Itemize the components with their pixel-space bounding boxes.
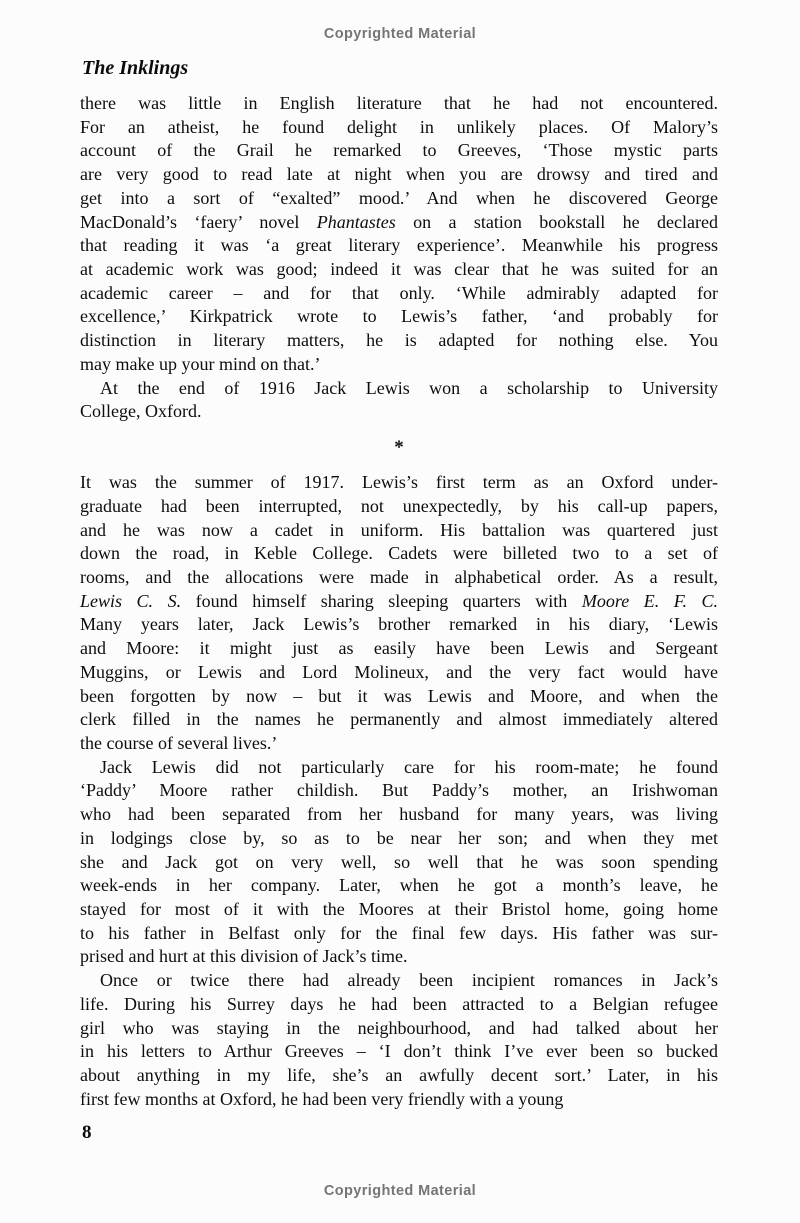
- text-line: Many years later, Jack Lewis’s brother r…: [80, 613, 718, 637]
- body-text: there was little in English literature t…: [80, 92, 718, 1111]
- regular-text: At the end of 1916 Jack Lewis won a scho…: [100, 378, 718, 398]
- regular-text: the course of several lives.’: [80, 733, 277, 753]
- regular-text: ‘Paddy’ Moore rather childish. But Paddy…: [80, 780, 718, 800]
- text-line: may make up your mind on that.’: [80, 353, 718, 377]
- regular-text: there was little in English literature t…: [80, 93, 718, 113]
- text-line: Muggins, or Lewis and Lord Molineux, and…: [80, 661, 718, 685]
- copyright-banner-top: Copyrighted Material: [0, 26, 800, 42]
- paragraph: Jack Lewis did not particularly care for…: [80, 756, 718, 969]
- text-line: Jack Lewis did not particularly care for…: [80, 756, 718, 780]
- regular-text: academic career – and for that only. ‘Wh…: [80, 283, 718, 303]
- regular-text: about anything in my life, she’s an awfu…: [80, 1065, 718, 1085]
- text-line: in lodgings close by, so as to be near h…: [80, 827, 718, 851]
- text-line: first few months at Oxford, he had been …: [80, 1088, 718, 1112]
- italic-text: Phantastes: [317, 212, 396, 232]
- text-line: Once or twice there had already been inc…: [80, 969, 718, 993]
- regular-text: MacDonald’s ‘faery’ novel: [80, 212, 317, 232]
- regular-text: that reading it was ‘a great literary ex…: [80, 235, 718, 255]
- asterisk-glyph: *: [394, 436, 404, 460]
- text-line: week-ends in her company. Later, when he…: [80, 874, 718, 898]
- text-line: excellence,’ Kirkpatrick wrote to Lewis’…: [80, 305, 718, 329]
- regular-text: at academic work was good; indeed it was…: [80, 259, 718, 279]
- regular-text: are very good to read late at night when…: [80, 164, 718, 184]
- regular-text: and Moore: it might just as easily have …: [80, 638, 718, 658]
- paragraph: there was little in English literature t…: [80, 92, 718, 377]
- text-line: For an atheist, he found delight in unli…: [80, 116, 718, 140]
- regular-text: Jack Lewis did not particularly care for…: [100, 757, 718, 777]
- regular-text: down the road, in Keble College. Cadets …: [80, 543, 718, 563]
- text-line: rooms, and the allocations were made in …: [80, 566, 718, 590]
- paragraph: Once or twice there had already been inc…: [80, 969, 718, 1111]
- regular-text: may make up your mind on that.’: [80, 354, 320, 374]
- text-line: academic career – and for that only. ‘Wh…: [80, 282, 718, 306]
- text-line: graduate had been interrupted, not unexp…: [80, 495, 718, 519]
- text-line: been forgotten by now – but it was Lewis…: [80, 685, 718, 709]
- regular-text: to his father in Belfast only for the fi…: [80, 923, 718, 943]
- text-line: at academic work was good; indeed it was…: [80, 258, 718, 282]
- regular-text: stayed for most of it with the Moores at…: [80, 899, 718, 919]
- paragraph: At the end of 1916 Jack Lewis won a scho…: [80, 377, 718, 424]
- regular-text: girl who was staying in the neighbourhoo…: [80, 1018, 718, 1038]
- regular-text: Once or twice there had already been inc…: [100, 970, 718, 990]
- text-line: and he was now a cadet in uniform. His b…: [80, 519, 718, 543]
- regular-text: found himself sharing sleeping quarters …: [181, 591, 582, 611]
- text-line: there was little in English literature t…: [80, 92, 718, 116]
- text-line: prised and hurt at this division of Jack…: [80, 945, 718, 969]
- text-line: distinction in literary matters, he is a…: [80, 329, 718, 353]
- copyright-banner-bottom: Copyrighted Material: [0, 1183, 800, 1199]
- text-line: girl who was staying in the neighbourhoo…: [80, 1017, 718, 1041]
- paragraph: It was the summer of 1917. Lewis’s first…: [80, 471, 718, 756]
- text-line: account of the Grail he remarked to Gree…: [80, 139, 718, 163]
- regular-text: she and Jack got on very well, so well t…: [80, 852, 718, 872]
- regular-text: Muggins, or Lewis and Lord Molineux, and…: [80, 662, 718, 682]
- text-line: and Moore: it might just as easily have …: [80, 637, 718, 661]
- regular-text: get into a sort of “exalted” mood.’ And …: [80, 188, 718, 208]
- book-page: Copyrighted Material The Inklings there …: [0, 0, 800, 1223]
- regular-text: in his letters to Arthur Greeves – ‘I do…: [80, 1041, 718, 1061]
- regular-text: who had been separated from her husband …: [80, 804, 718, 824]
- text-line: who had been separated from her husband …: [80, 803, 718, 827]
- text-line: in his letters to Arthur Greeves – ‘I do…: [80, 1040, 718, 1064]
- text-line: the course of several lives.’: [80, 732, 718, 756]
- text-line: clerk filled in the names he permanently…: [80, 708, 718, 732]
- text-line: It was the summer of 1917. Lewis’s first…: [80, 471, 718, 495]
- text-line: stayed for most of it with the Moores at…: [80, 898, 718, 922]
- regular-text: prised and hurt at this division of Jack…: [80, 946, 407, 966]
- italic-text: Moore E. F. C.: [582, 591, 718, 611]
- text-line: MacDonald’s ‘faery’ novel Phantastes on …: [80, 211, 718, 235]
- text-line: At the end of 1916 Jack Lewis won a scho…: [80, 377, 718, 401]
- regular-text: graduate had been interrupted, not unexp…: [80, 496, 718, 516]
- text-line: get into a sort of “exalted” mood.’ And …: [80, 187, 718, 211]
- regular-text: account of the Grail he remarked to Gree…: [80, 140, 718, 160]
- italic-text: Lewis C. S.: [80, 591, 181, 611]
- text-line: to his father in Belfast only for the fi…: [80, 922, 718, 946]
- regular-text: first few months at Oxford, he had been …: [80, 1089, 563, 1109]
- running-header-chapter-title: The Inklings: [82, 57, 188, 80]
- regular-text: been forgotten by now – but it was Lewis…: [80, 686, 718, 706]
- regular-text: rooms, and the allocations were made in …: [80, 567, 718, 587]
- text-line: ‘Paddy’ Moore rather childish. But Paddy…: [80, 779, 718, 803]
- section-separator: *: [80, 424, 718, 471]
- regular-text: For an atheist, he found delight in unli…: [80, 117, 718, 137]
- regular-text: College, Oxford.: [80, 401, 201, 421]
- regular-text: distinction in literary matters, he is a…: [80, 330, 718, 350]
- regular-text: in lodgings close by, so as to be near h…: [80, 828, 718, 848]
- regular-text: It was the summer of 1917. Lewis’s first…: [80, 472, 718, 492]
- regular-text: clerk filled in the names he permanently…: [80, 709, 718, 729]
- text-line: she and Jack got on very well, so well t…: [80, 851, 718, 875]
- text-line: life. During his Surrey days he had been…: [80, 993, 718, 1017]
- regular-text: excellence,’ Kirkpatrick wrote to Lewis’…: [80, 306, 718, 326]
- text-line: are very good to read late at night when…: [80, 163, 718, 187]
- text-line: Lewis C. S. found himself sharing sleepi…: [80, 590, 718, 614]
- regular-text: and he was now a cadet in uniform. His b…: [80, 520, 718, 540]
- text-line: about anything in my life, she’s an awfu…: [80, 1064, 718, 1088]
- regular-text: life. During his Surrey days he had been…: [80, 994, 718, 1014]
- text-line: down the road, in Keble College. Cadets …: [80, 542, 718, 566]
- regular-text: Many years later, Jack Lewis’s brother r…: [80, 614, 718, 634]
- text-line: that reading it was ‘a great literary ex…: [80, 234, 718, 258]
- regular-text: on a station bookstall he declared: [396, 212, 718, 232]
- text-line: College, Oxford.: [80, 400, 718, 424]
- regular-text: week-ends in her company. Later, when he…: [80, 875, 718, 895]
- page-number: 8: [82, 1122, 92, 1144]
